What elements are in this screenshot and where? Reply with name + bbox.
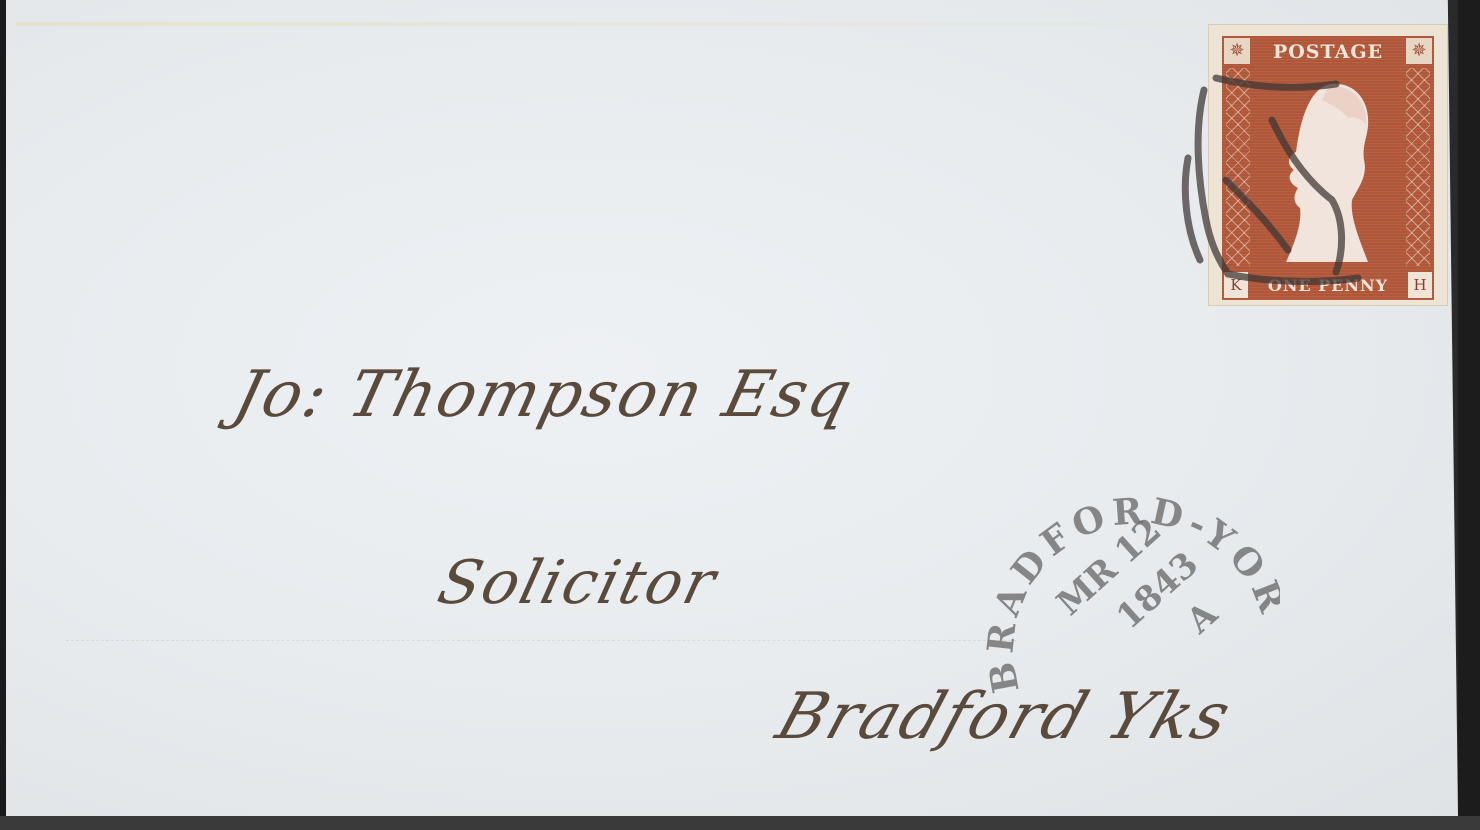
addressee-name: Jo: Thompson Esq	[227, 358, 861, 432]
postmark-code: A	[1178, 594, 1226, 642]
corner-letter-right: H	[1408, 272, 1432, 298]
circular-datestamp: BRADFORD-YORKS MR 12 1843 A	[980, 440, 1280, 740]
scan-border-right	[1458, 0, 1480, 830]
addressee-title: Solicitor	[431, 548, 724, 618]
lattice-border	[1406, 68, 1430, 266]
scan-border-left	[0, 0, 6, 830]
maltese-cross-cancel-icon	[1176, 60, 1396, 300]
faint-offset-writing	[66, 640, 1016, 671]
star-ornament-icon: ✵	[1406, 38, 1432, 64]
fold-line	[16, 22, 1216, 26]
scan-border-bottom	[0, 816, 1480, 830]
